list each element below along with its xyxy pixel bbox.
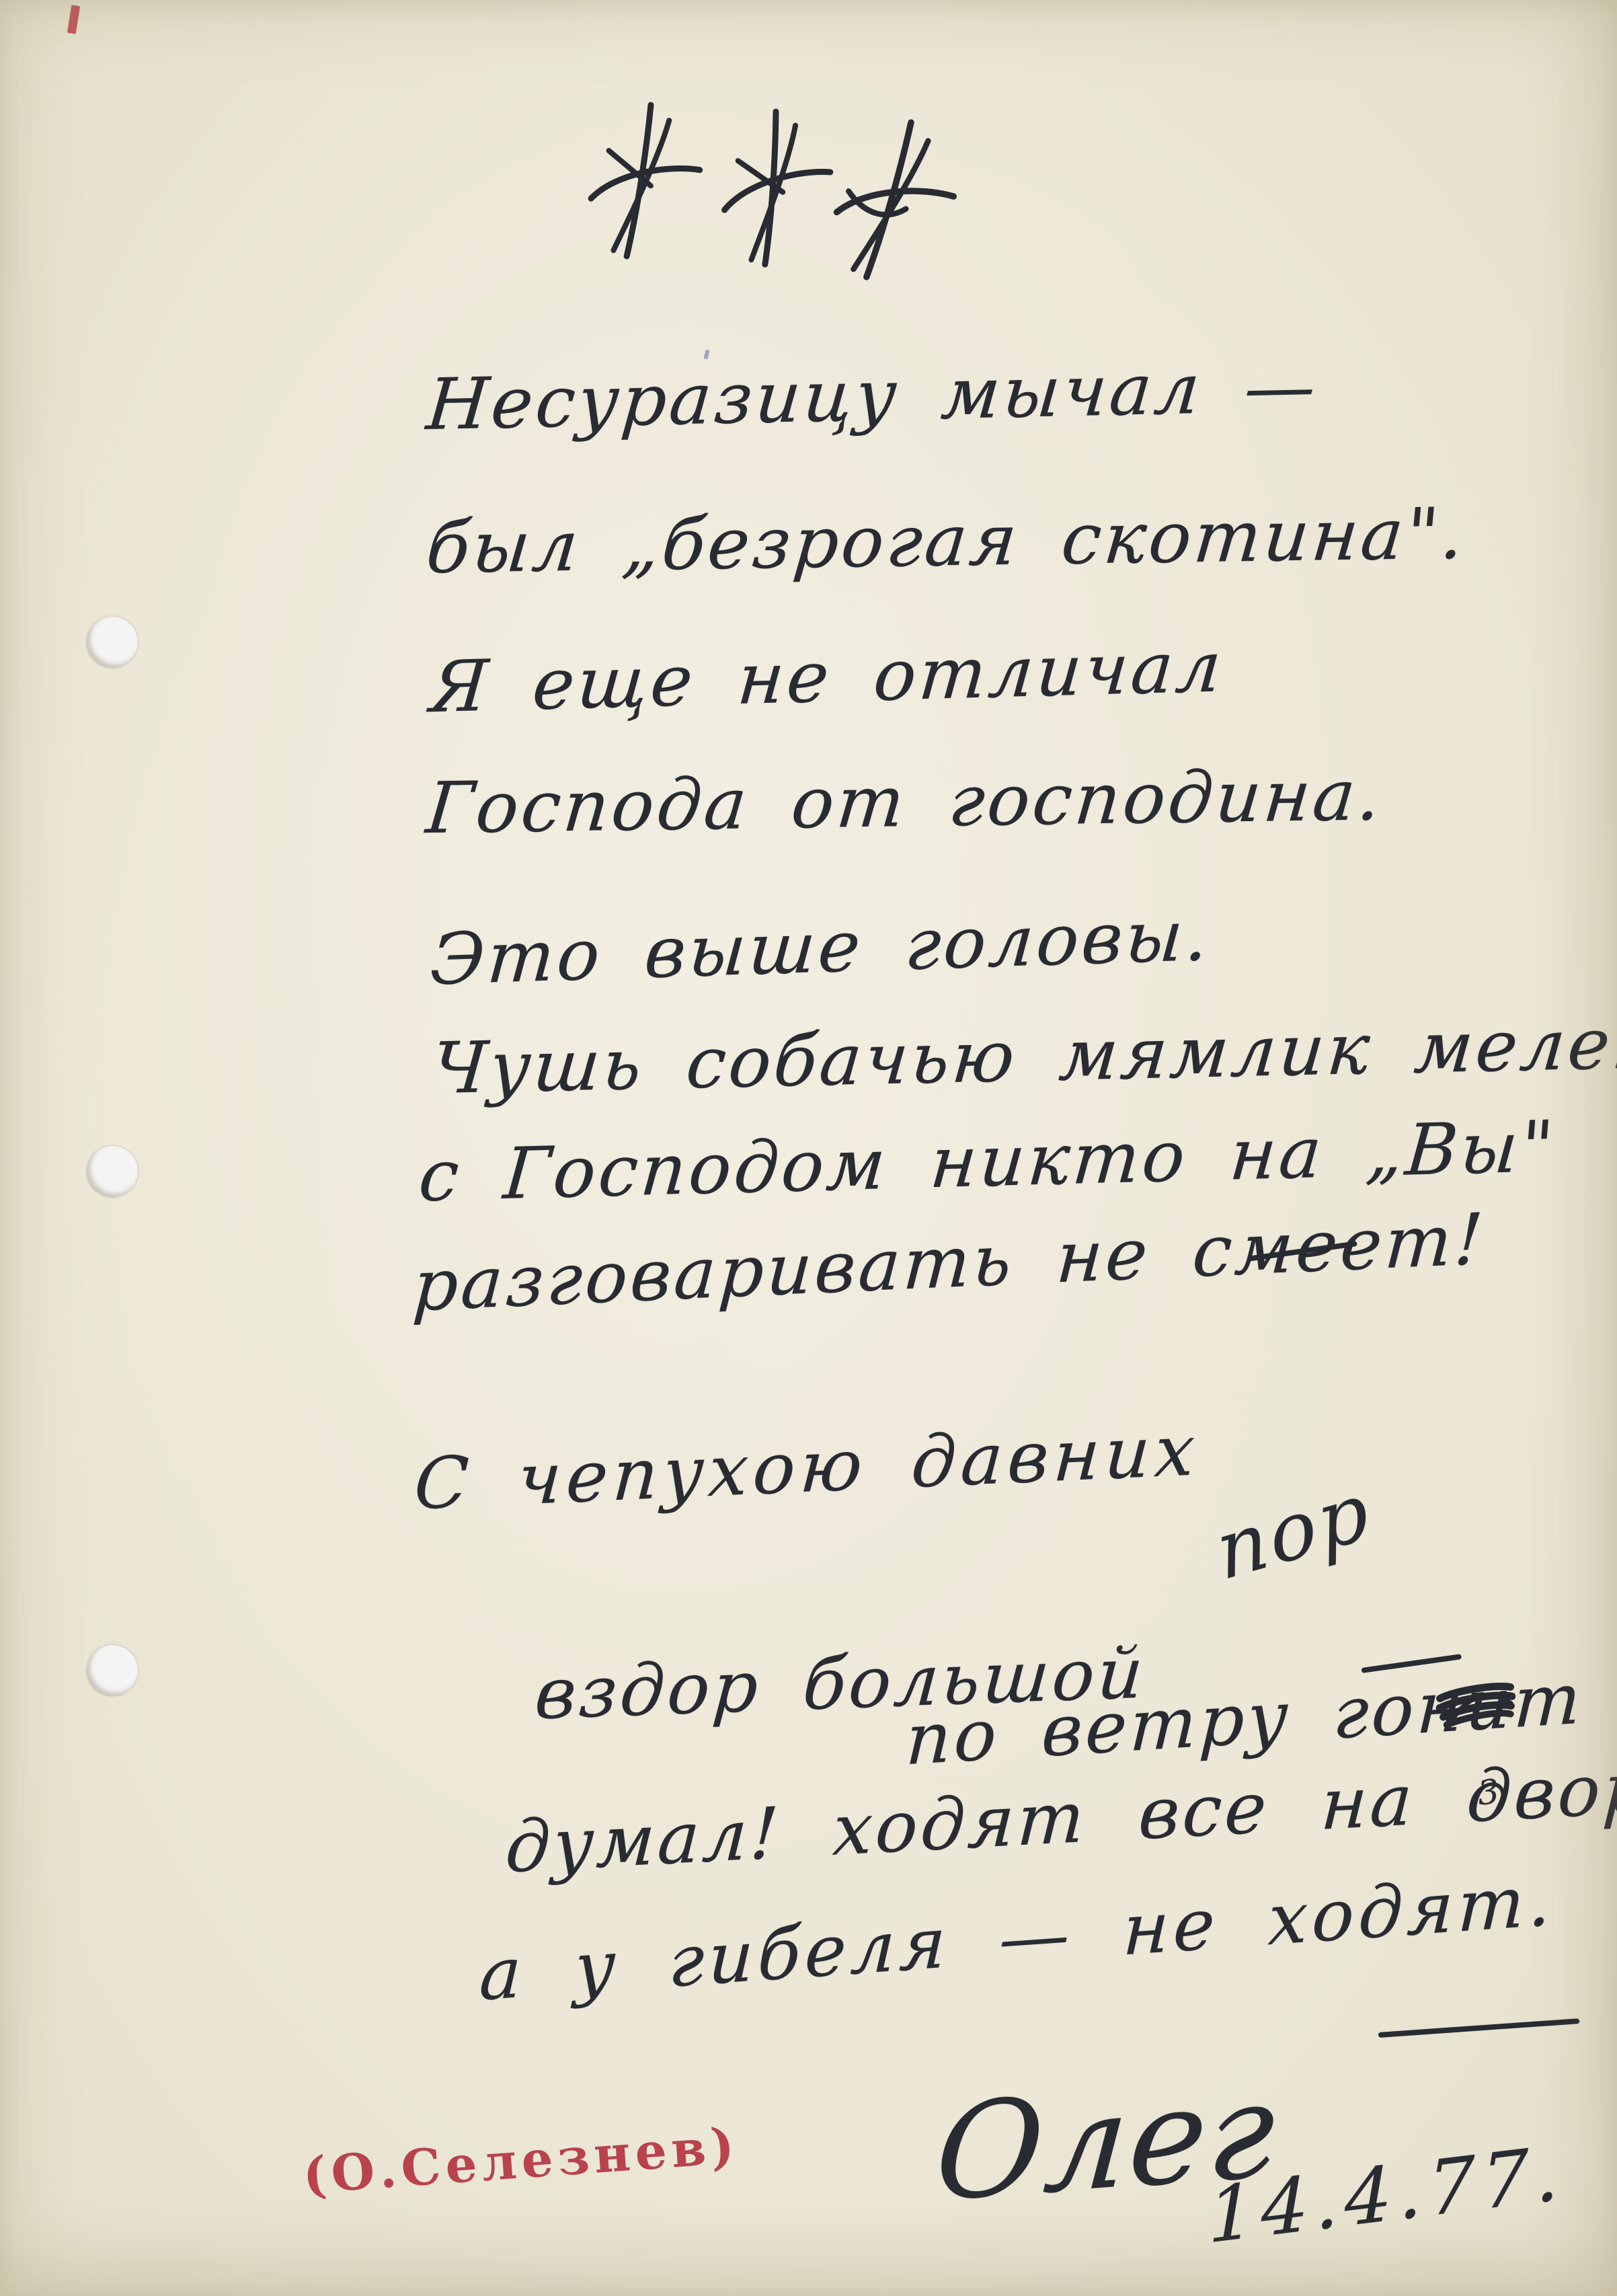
asterisk-icon — [584, 96, 711, 268]
poem-line: Несуразицу мычал — — [424, 348, 1321, 444]
manuscript-page: Несуразицу мычал — был „безрогая скотина… — [0, 0, 1617, 2296]
poem-line: Это выше головы. — [428, 897, 1213, 999]
poem-line: разговаривать не смеет! — [411, 1200, 1488, 1326]
attribution-red: (О.Селезнев) — [301, 2119, 740, 2204]
poem-line: Я еще не отличал — [428, 628, 1226, 727]
strikethrough-scribble — [1433, 1676, 1518, 1734]
poem-line: С чепухою давних — [412, 1412, 1201, 1524]
poem-line: был „безрогая скотина". — [423, 495, 1469, 587]
punch-hole-top — [87, 617, 138, 668]
punch-hole-bottom — [87, 1645, 138, 1696]
poem-line: Чушь собачью мямлик мелет: — [429, 1003, 1617, 1108]
t-overline-stroke — [1378, 2018, 1580, 2038]
red-corner-mark — [67, 5, 80, 34]
poem-line: Господа от господина. — [423, 757, 1386, 848]
punch-hole-middle — [87, 1146, 138, 1197]
asterisk-icon — [714, 102, 844, 276]
section-divider-stars — [586, 93, 976, 268]
poem-line: а у гибеля — не ходят. — [478, 1862, 1556, 2015]
poem-line: пор — [1210, 1466, 1377, 1596]
poem-line: с Господом никто на „Вы" — [416, 1108, 1559, 1216]
asterisk-icon — [820, 106, 974, 300]
